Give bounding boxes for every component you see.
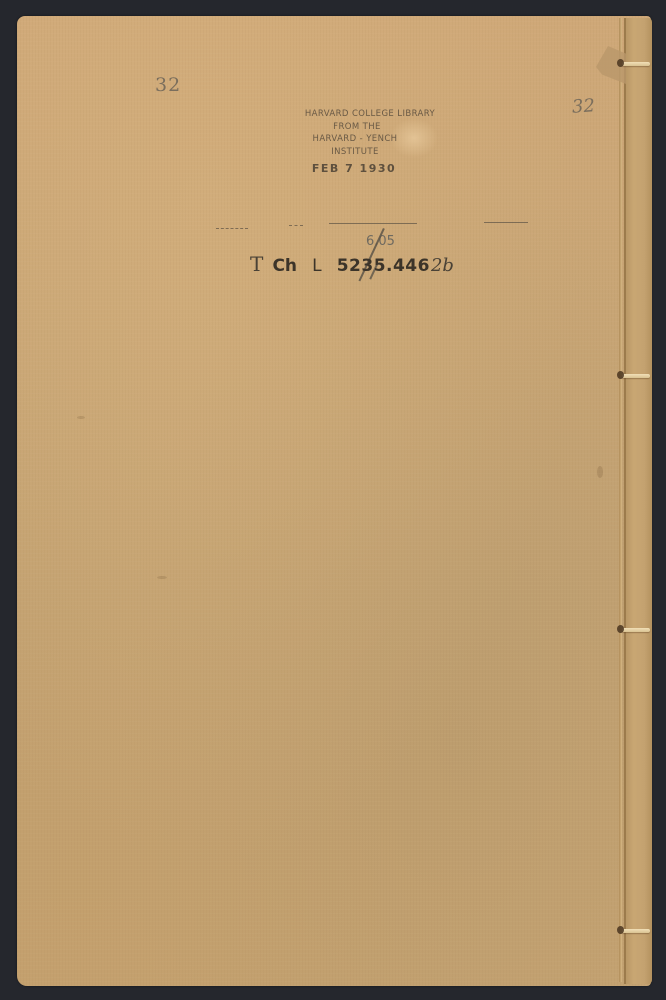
ruled-line [484, 222, 528, 224]
stamp-from-line: FROM THE [254, 121, 460, 134]
binding-stitch [622, 62, 650, 66]
binding-stitch [622, 628, 650, 632]
binding-fold [619, 18, 622, 982]
binding-spine [624, 18, 652, 984]
binding-stitch [622, 929, 650, 933]
call-number-collection: Ch [272, 256, 297, 276]
paper-blemish [157, 576, 167, 579]
ruled-line [289, 225, 303, 227]
stamp-library-name: HARVARD COLLEGE LIBRARY [280, 108, 460, 121]
call-number-prefix: T [250, 252, 263, 276]
stamp-institute-line: INSTITUTE [250, 146, 460, 159]
call-number-class: L [312, 256, 321, 276]
binding-stitch [622, 374, 650, 378]
stamp-institute-name: HARVARD - YENCH [250, 133, 460, 146]
ruled-line [216, 228, 248, 230]
call-number-value: 5235.446 [337, 256, 430, 276]
pencil-folio-number-left: 32 [155, 74, 181, 96]
call-number: T Ch L 5235.4462b [250, 252, 454, 276]
stamp-date: FEB 7 1930 [248, 162, 460, 175]
call-number-suffix: 2b [431, 255, 454, 276]
ruled-line [329, 223, 417, 225]
library-stamp: HARVARD COLLEGE LIBRARY FROM THE HARVARD… [290, 108, 460, 175]
paper-blemish [597, 466, 603, 478]
paper-blemish [77, 416, 85, 419]
scanned-page: 32 32 HARVARD COLLEGE LIBRARY FROM THE H… [0, 0, 666, 1000]
pencil-folio-number-right: 32 [571, 95, 595, 118]
